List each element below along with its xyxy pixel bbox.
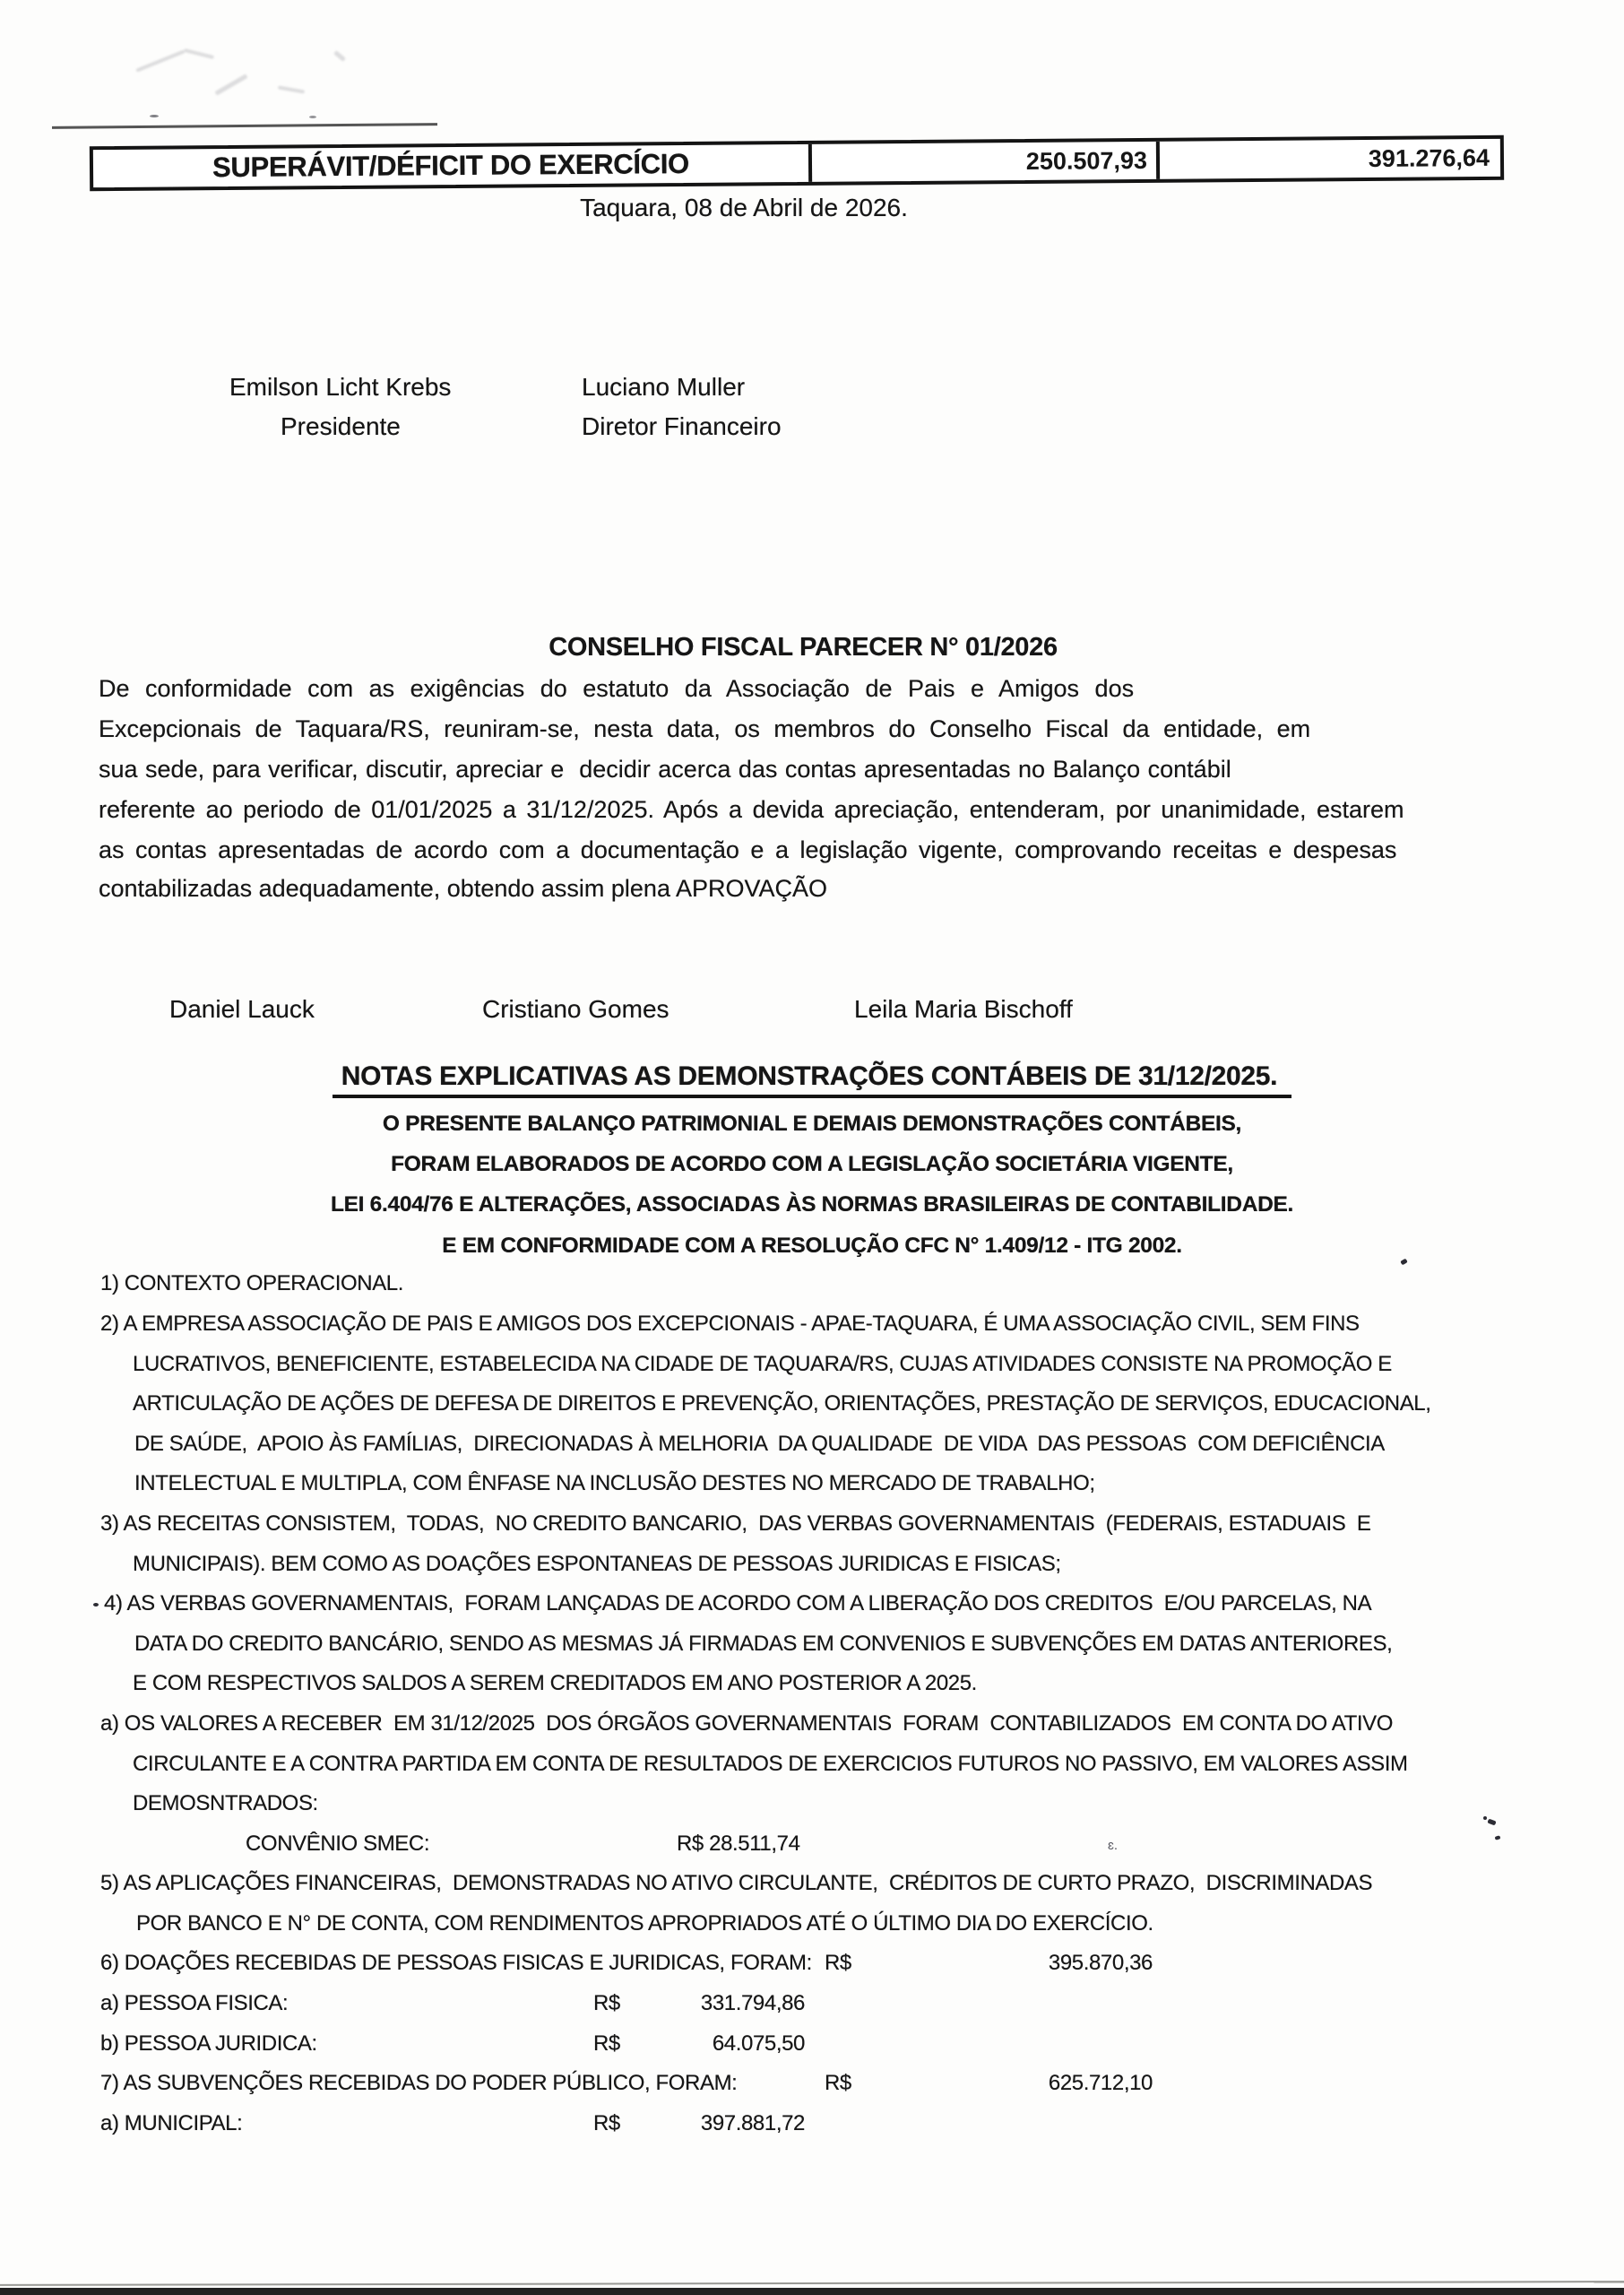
note-line: LUCRATIVOS, BENEFICIENTE, ESTABELECIDA N… — [133, 1352, 1392, 1377]
notas-intro-line: FORAM ELABORADOS DE ACORDO COM A LEGISLA… — [0, 1152, 1624, 1177]
financial-director-name: Luciano Muller — [582, 373, 745, 402]
scanned-document-page: SUPERÁVIT/DÉFICIT DO EXERCÍCIO 250.507,9… — [0, 0, 1624, 2295]
parecer-line: sua sede, para verificar, discutir, apre… — [99, 756, 1231, 784]
note-line: 3) AS RECEITAS CONSISTEM, TODAS, NO CRED… — [100, 1511, 1371, 1537]
scan-bottom-edge-line — [0, 2281, 1624, 2286]
president-title: Presidente — [281, 412, 401, 441]
scan-artifact — [1487, 1819, 1496, 1826]
note-line: MUNICIPAIS). BEM COMO AS DOAÇÕES ESPONTA… — [133, 1552, 1061, 1577]
note-currency: R$ — [593, 2031, 620, 2057]
notas-intro-line: LEI 6.404/76 E ALTERAÇÕES, ASSOCIADAS ÀS… — [0, 1192, 1624, 1217]
note-currency: R$ — [825, 1951, 851, 1976]
parecer-line: referente ao periodo de 01/01/2025 a 31/… — [99, 796, 1404, 824]
pencil-smudge — [214, 74, 247, 95]
note-line: 1) CONTEXTO OPERACIONAL. — [100, 1271, 403, 1296]
note-line: E COM RESPECTIVOS SALDOS A SEREM CREDITA… — [133, 1671, 977, 1696]
notas-heading: NOTAS EXPLICATIVAS AS DEMONSTRAÇÕES CONT… — [0, 1061, 1624, 1098]
scan-artifact — [1400, 1259, 1408, 1266]
note-currency: R$ — [825, 2071, 851, 2096]
council-member-name: Cristiano Gomes — [482, 995, 669, 1024]
note-amount: 625.712,10 — [932, 2071, 1153, 2096]
note-currency: R$ — [593, 1991, 620, 2016]
parecer-line: contabilizadas adequadamente, obtendo as… — [99, 875, 827, 903]
note-label: 6) DOAÇÕES RECEBIDAS DE PESSOAS FISICAS … — [100, 1951, 812, 1976]
note-line: DATA DO CREDITO BANCÁRIO, SENDO AS MESMA… — [134, 1632, 1392, 1657]
pencil-smudge — [333, 50, 346, 62]
scan-artifact — [93, 1603, 99, 1606]
president-name: Emilson Licht Krebs — [229, 373, 451, 402]
date-line: Taquara, 08 de Abril de 2026. — [0, 194, 1488, 222]
note-line: INTELECTUAL E MULTIPLA, COM ÊNFASE NA IN… — [134, 1471, 1095, 1496]
scan-artifact: ɛ. — [1108, 1838, 1118, 1853]
convenio-value: R$ 28.511,74 — [677, 1832, 800, 1857]
council-member-name: Daniel Lauck — [169, 995, 315, 1024]
note-amount: 395.870,36 — [932, 1951, 1153, 1976]
pencil-smudge — [278, 85, 305, 93]
scan-bottom-edge — [0, 2288, 1624, 2295]
scan-artifact — [309, 116, 316, 118]
superavit-table: SUPERÁVIT/DÉFICIT DO EXERCÍCIO 250.507,9… — [90, 135, 1504, 191]
financial-director-title: Diretor Financeiro — [582, 412, 782, 441]
note-amount: 397.881,72 — [626, 2111, 805, 2136]
note-label: a) PESSOA FISICA: — [100, 1991, 288, 2016]
note-line: 2) A EMPRESA ASSOCIAÇÃO DE PAIS E AMIGOS… — [100, 1312, 1360, 1337]
parecer-line: De conformidade com as exigências do est… — [99, 675, 1134, 703]
note-line: DE SAÚDE, APOIO ÀS FAMÍLIAS, DIRECIONADA… — [134, 1432, 1385, 1457]
parecer-line: Excepcionais de Taquara/RS, reuniram-se,… — [99, 715, 1310, 743]
note-label: 7) AS SUBVENÇÕES RECEBIDAS DO PODER PÚBL… — [100, 2071, 737, 2096]
note-line: 4) AS VERBAS GOVERNAMENTAIS, FORAM LANÇA… — [104, 1591, 1371, 1616]
convenio-label: CONVÊNIO SMEC: — [246, 1832, 429, 1857]
note-amount: 331.794,86 — [626, 1991, 805, 2016]
note-line: CIRCULANTE E A CONTRA PARTIDA EM CONTA D… — [133, 1752, 1408, 1777]
superavit-value-previous: 391.276,64 — [1160, 139, 1500, 179]
council-member-name: Leila Maria Bischoff — [854, 995, 1073, 1024]
superavit-value-current: 250.507,93 — [812, 142, 1160, 182]
note-currency: R$ — [593, 2111, 620, 2136]
scan-artifact — [150, 115, 159, 117]
parecer-line: as contas apresentadas de acordo com a d… — [99, 836, 1396, 864]
scan-streak — [52, 123, 437, 129]
superavit-label: SUPERÁVIT/DÉFICIT DO EXERCÍCIO — [93, 144, 812, 187]
scan-artifact — [1495, 1835, 1501, 1840]
note-line: a) OS VALORES A RECEBER EM 31/12/2025 DO… — [100, 1711, 1393, 1736]
note-line: ARTICULAÇÃO DE AÇÕES DE DEFESA DE DIREIT… — [133, 1391, 1431, 1416]
parecer-heading: CONSELHO FISCAL PARECER N° 01/2026 — [0, 633, 1606, 663]
note-label: a) MUNICIPAL: — [100, 2111, 242, 2136]
note-label: b) PESSOA JURIDICA: — [100, 2031, 317, 2057]
notas-intro-line: O PRESENTE BALANÇO PATRIMONIAL E DEMAIS … — [0, 1112, 1624, 1137]
note-line: 5) AS APLICAÇÕES FINANCEIRAS, DEMONSTRAD… — [100, 1871, 1372, 1896]
pencil-smudge — [135, 49, 185, 72]
note-amount: 64.075,50 — [626, 2031, 805, 2057]
note-line: DEMOSNTRADOS: — [133, 1791, 318, 1816]
notas-heading-text: NOTAS EXPLICATIVAS AS DEMONSTRAÇÕES CONT… — [333, 1061, 1291, 1098]
scan-artifact — [1483, 1816, 1487, 1820]
note-line: POR BANCO E N° DE CONTA, COM RENDIMENTOS… — [136, 1911, 1153, 1936]
notas-intro-line: E EM CONFORMIDADE COM A RESOLUÇÃO CFC N°… — [0, 1234, 1624, 1259]
pencil-smudge — [184, 48, 214, 59]
